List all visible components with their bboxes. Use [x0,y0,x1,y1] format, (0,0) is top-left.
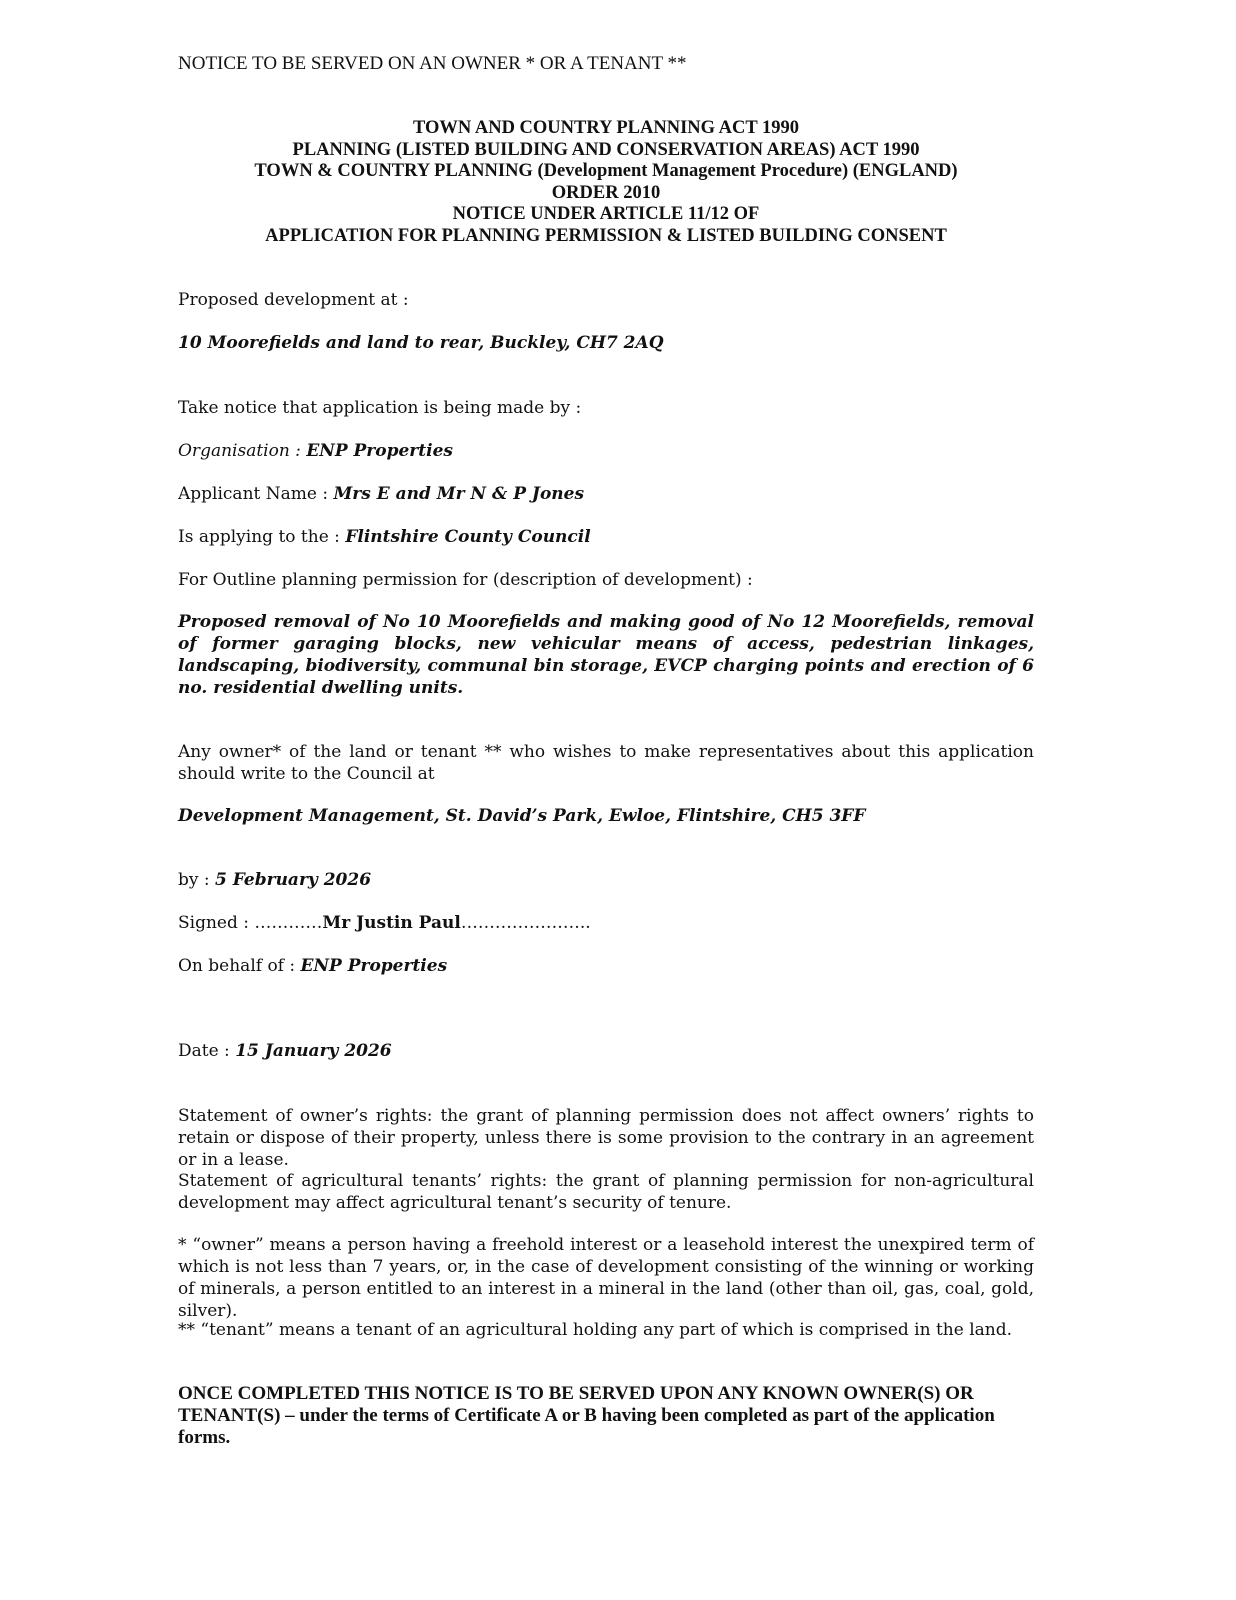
signature-line: Signed : …………Mr Justin Paul………………….. [178,912,1034,934]
applicant-name-value: Mrs E and Mr N & P Jones [333,484,584,504]
council-line: Is applying to the : Flintshire County C… [178,526,1034,548]
proposed-development-label: Proposed development at : [178,289,1034,311]
organisation-line: Organisation : ENP Properties [178,440,1034,462]
signatory-name: Mr Justin Paul [322,913,460,933]
title-line: APPLICATION FOR PLANNING PERMISSION & LI… [168,226,1044,248]
applicant-name-line: Applicant Name : Mrs E and Mr N & P Jone… [178,483,1034,505]
deadline-value: 5 February 2026 [215,870,371,890]
development-description: Proposed removal of No 10 Moorefields an… [178,611,1034,699]
title-line: PLANNING (LISTED BUILDING AND CONSERVATI… [168,140,1044,162]
owner-rights-statement: Statement of owner’s rights: the grant o… [178,1105,1034,1171]
date-value: 15 January 2026 [235,1041,391,1061]
description-label: For Outline planning permission for (des… [178,569,1034,591]
date-label: Date : [178,1041,235,1061]
signature-dots: ………… [254,913,322,933]
tenant-definition: ** “tenant” means a tenant of an agricul… [178,1319,1034,1341]
final-instruction: ONCE COMPLETED THIS NOTICE IS TO BE SERV… [178,1383,1034,1449]
on-behalf-label: On behalf of : [178,956,301,976]
applicant-intro: Take notice that application is being ma… [178,397,1034,419]
organisation-value: ENP Properties [306,441,453,461]
on-behalf-value: ENP Properties [301,956,448,976]
document-title: TOWN AND COUNTRY PLANNING ACT 1990 PLANN… [168,118,1044,247]
owner-definition: * “owner” means a person having a freeho… [178,1234,1034,1322]
title-line: TOWN & COUNTRY PLANNING (Development Man… [168,161,1044,183]
organisation-label: Organisation : [178,441,306,461]
council-address: Development Management, St. David’s Park… [178,805,1034,827]
council-value: Flintshire County Council [345,527,590,547]
deadline-line: by : 5 February 2026 [178,869,1034,891]
title-line: NOTICE UNDER ARTICLE 11/12 OF [168,204,1044,226]
development-address: 10 Moorefields and land to rear, Buckley… [178,332,1034,354]
on-behalf-line: On behalf of : ENP Properties [178,955,1034,977]
tenant-rights-statement: Statement of agricultural tenants’ right… [178,1170,1034,1214]
title-line: TOWN AND COUNTRY PLANNING ACT 1990 [168,118,1044,140]
date-line: Date : 15 January 2026 [178,1040,1034,1062]
signature-dots: ………………….. [461,913,591,933]
council-label: Is applying to the : [178,527,345,547]
representations-text: Any owner* of the land or tenant ** who … [178,741,1034,785]
applicant-name-label: Applicant Name : [178,484,333,504]
notice-header: NOTICE TO BE SERVED ON AN OWNER * OR A T… [178,53,1034,75]
signature-label: Signed : [178,913,254,933]
deadline-label: by : [178,870,215,890]
title-line: ORDER 2010 [168,183,1044,205]
